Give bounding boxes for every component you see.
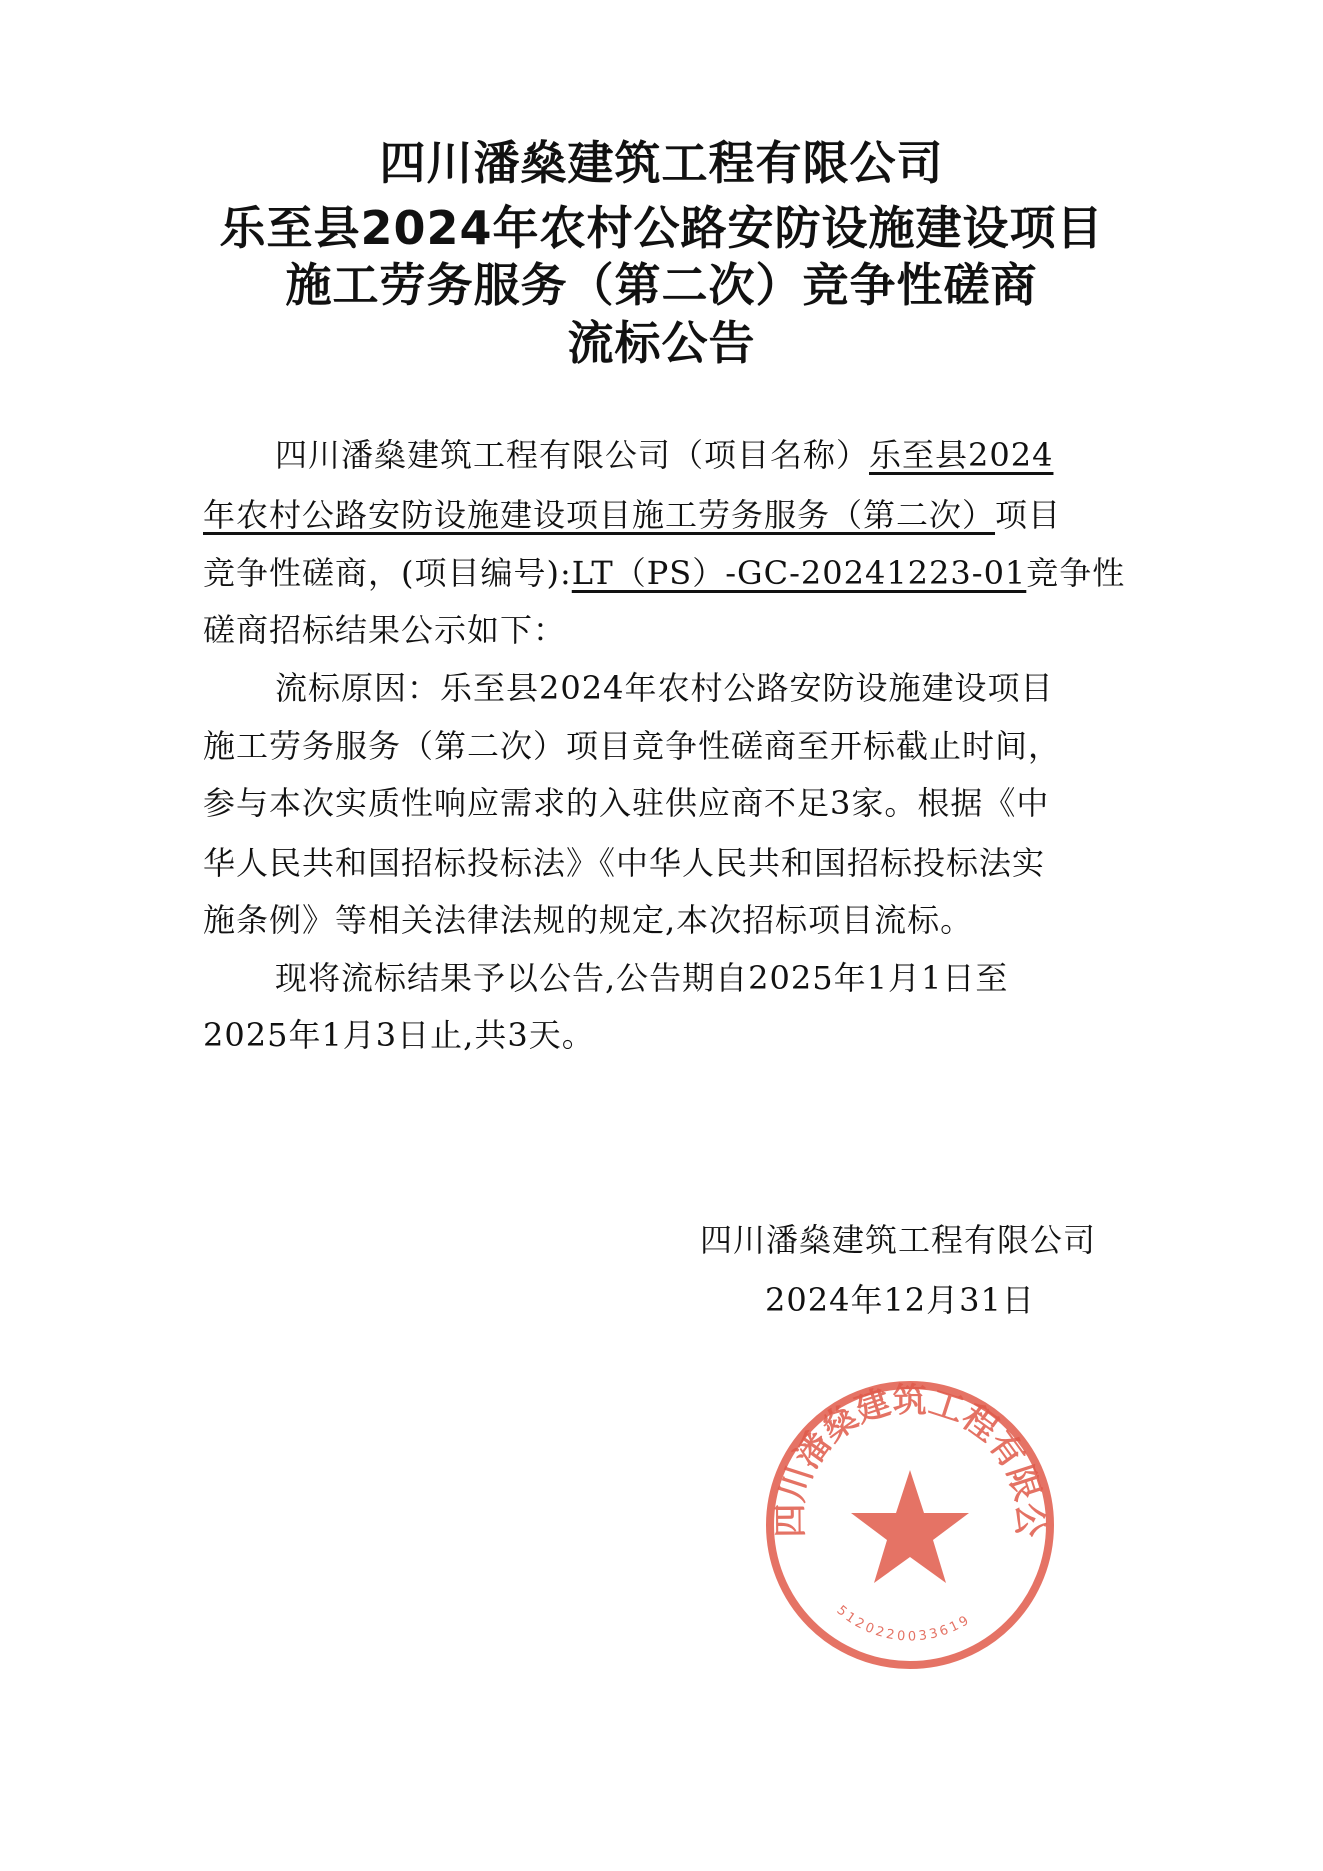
company-seal-icon: 四川潘燊建筑工程有限公司 5120220033619 <box>760 1375 1060 1675</box>
p1-line-4: 磋商招标结果公示如下： <box>203 612 1128 648</box>
p3-line-2: 2025年1月3日止,共3天。 <box>203 1017 1128 1053</box>
p3-line-1: 现将流标结果予以公告,公告期自2025年1月1日至 <box>275 960 1200 996</box>
p2-line-5: 施条例》等相关法律法规的规定,本次招标项目流标。 <box>203 902 1128 938</box>
p2-line-4: 华人民共和国招标投标法》《中华人民共和国招标投标法实 <box>203 845 1128 881</box>
project-number: LT（PS）-GC-20241223-01 <box>572 554 1027 592</box>
p1-line-2: 年农村公路安防设施建设项目施工劳务服务（第二次）项目 <box>203 497 1128 533</box>
p2-line-2: 施工劳务服务（第二次）项目竞争性磋商至开标截止时间， <box>203 728 1128 764</box>
p1-line-1: 四川潘燊建筑工程有限公司（项目名称）乐至县2024 <box>275 437 1200 473</box>
p2-line-3: 参与本次实质性响应需求的入驻供应商不足3家。根据《中 <box>203 785 1128 821</box>
p1-line-3: 竞争性磋商，(项目编号):LT（PS）-GC-20241223-01竞争性 <box>203 555 1128 591</box>
title-line-2: 乐至县2024年农村公路安防设施建设项目 <box>0 205 1323 251</box>
title-line-4: 流标公告 <box>0 320 1323 366</box>
p2-line-1: 流标原因：乐至县2024年农村公路安防设施建设项目 <box>275 670 1200 706</box>
project-name-underlined: 年农村公路安防设施建设项目施工劳务服务（第二次） <box>203 496 995 534</box>
project-name-underlined: 乐至县2024 <box>869 436 1053 474</box>
title-line-1: 四川潘燊建筑工程有限公司 <box>0 140 1323 186</box>
svg-text:5120220033619: 5120220033619 <box>834 1603 975 1645</box>
title-line-3: 施工劳务服务（第二次）竞争性磋商 <box>0 262 1323 308</box>
signature-date: 2024年12月31日 <box>765 1282 1035 1318</box>
signature-company: 四川潘燊建筑工程有限公司 <box>700 1222 1096 1258</box>
